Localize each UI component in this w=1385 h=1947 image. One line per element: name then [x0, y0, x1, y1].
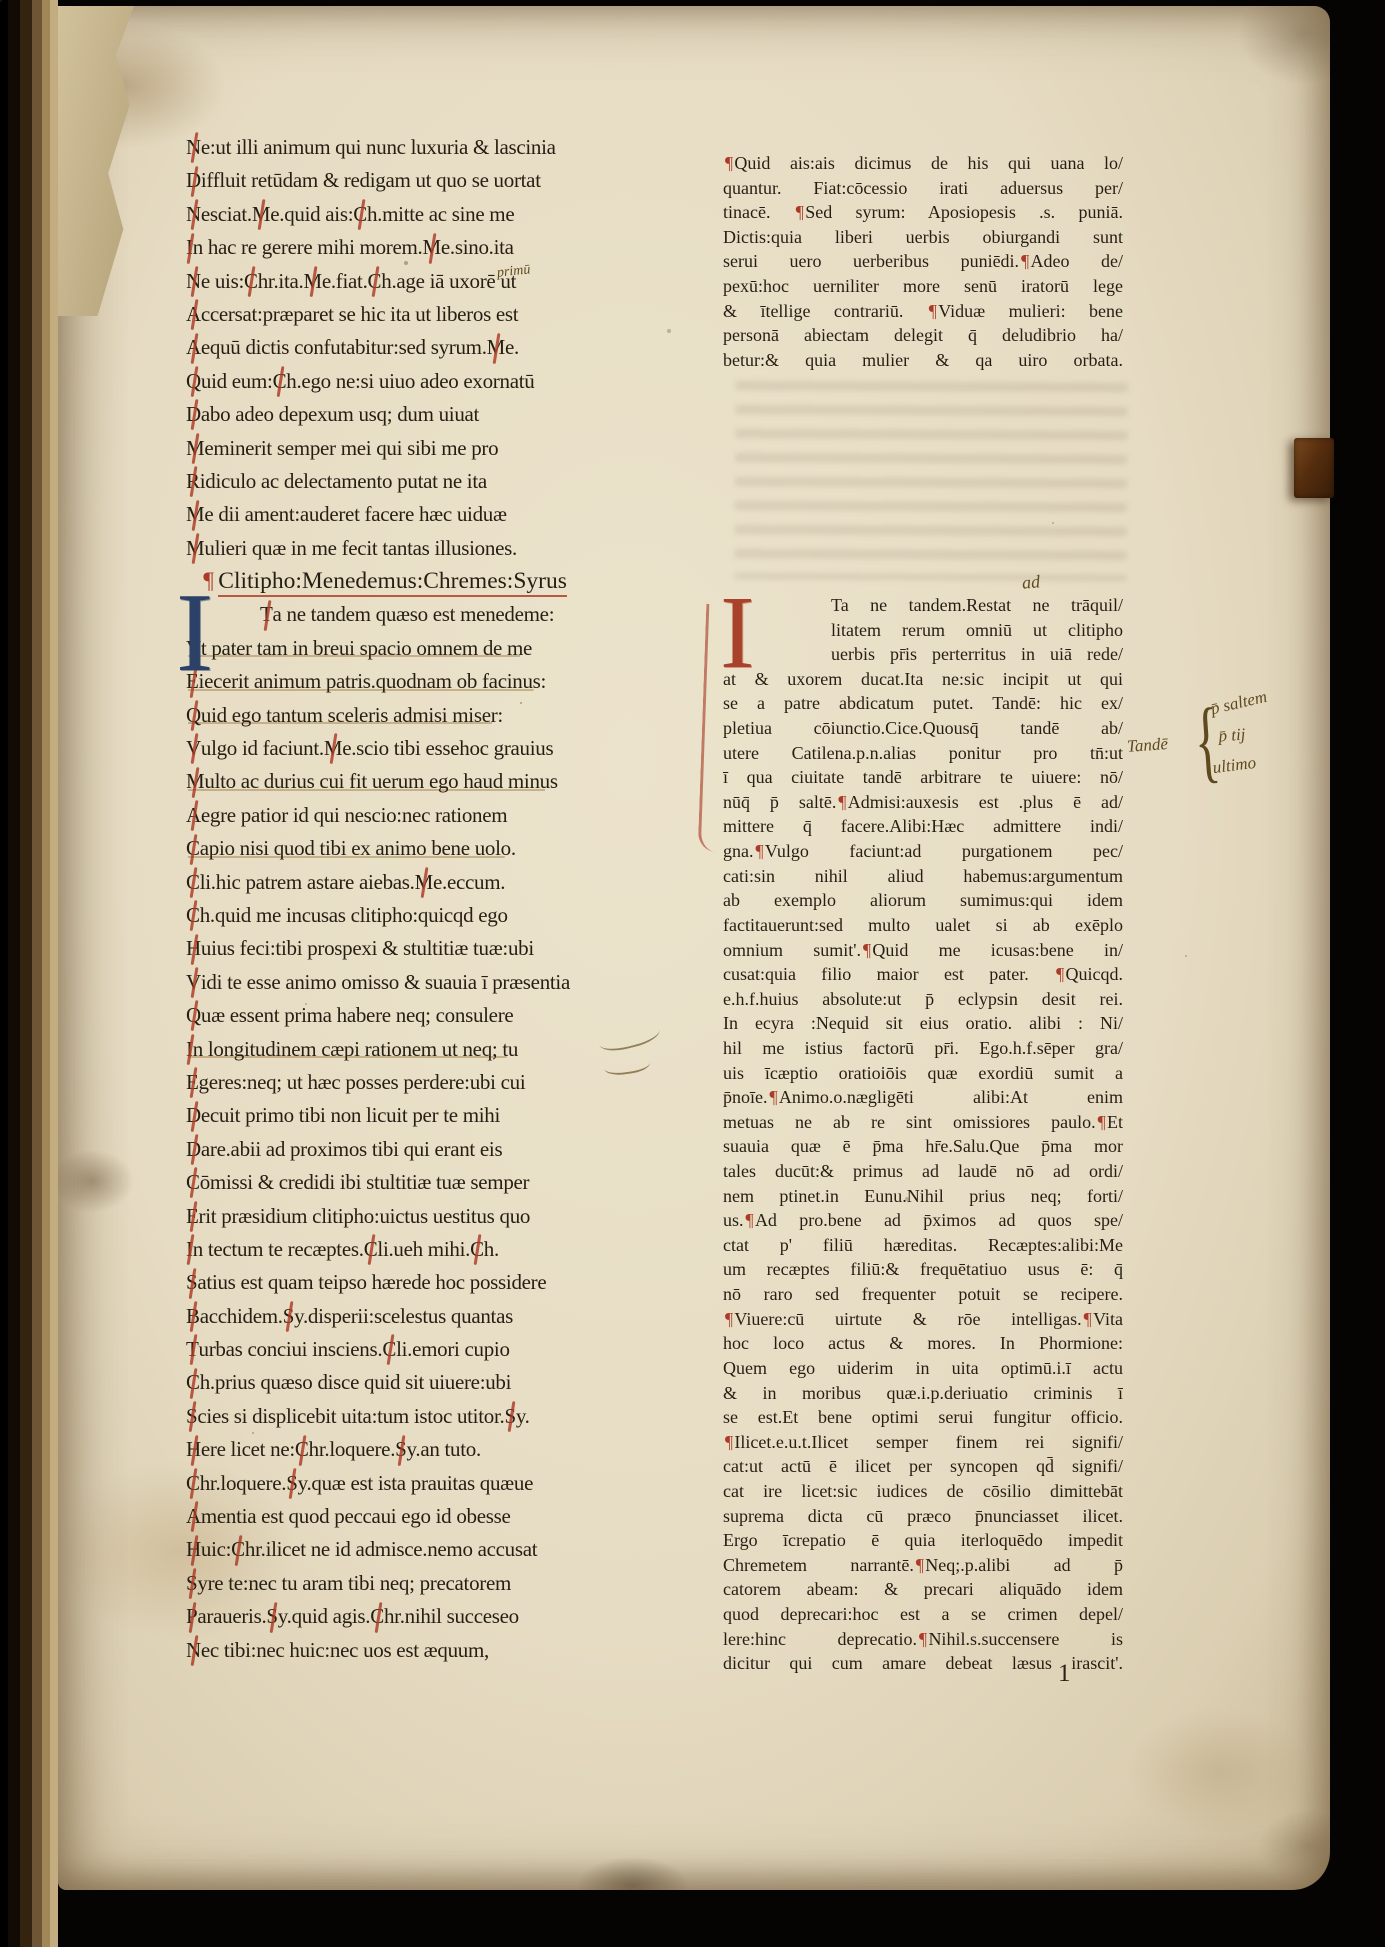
commentary-paragraph-2: Ta ne tandem.Restat ne trāquil/litatem r… — [723, 593, 1123, 1676]
commentary-line: ¶Quid ais:ais dicimus de his qui uana lo… — [723, 151, 1123, 176]
commentary-line: personā abiectam delegit q̄ deludibrio h… — [723, 323, 1123, 348]
verse-line: Syre te:nec tu aram tibi neq; precatorem — [186, 1567, 618, 1600]
verse-line: Turbas conciui insciens.Cli.emori cupio — [186, 1333, 618, 1366]
commentary-line: Ta ne tandem.Restat ne trāquil/ — [723, 593, 1123, 618]
commentary-line: Quem ego uiderim in uita optimū.i.ī actu — [723, 1356, 1123, 1381]
verse-line: Meminerit semper mei qui sibi me pro — [186, 432, 618, 465]
commentary-line: catorem abeam: & precari aliquādo idem — [723, 1577, 1123, 1602]
commentary-line: ctat p' filiū hæreditas. Recæptes:alibi:… — [723, 1233, 1123, 1258]
commentary-line: hil me istius factorū pr̄i. Ego.h.f.sēpe… — [723, 1036, 1123, 1061]
pilcrow-icon: ¶ — [754, 841, 765, 861]
ink-specks — [0, 0, 2, 2]
verse-line: Dabo adeo depexum usq; dum uiuat — [186, 398, 618, 431]
commentary-line: um recæptes filiū:& frequētatiuo usus ē:… — [723, 1257, 1123, 1282]
verse-line: Here licet ne:Chr.loquere.Sy.an tuto. — [186, 1433, 618, 1466]
lombard-initial-red: I — [720, 584, 755, 683]
verse-line: Aegre patior id qui nescio:nec rationem — [186, 799, 618, 832]
interlinear-correction: ad — [1021, 571, 1041, 593]
commentary-line: serui uero uerberibus puniēdi.¶Adeo de/ — [723, 249, 1123, 274]
commentary-line: gna.¶Vulgo faciunt:ad purgationem pec/ — [723, 839, 1123, 864]
verse-line: Quid eum:Ch.ego ne:si uiuo adeo exornatū — [186, 365, 618, 398]
verse-line: Decuit primo tibi non licuit per te mihi — [186, 1099, 618, 1132]
commentary-line: betur:& quia mulier & qa uiro orbata. — [723, 348, 1123, 373]
verse-line: Nesciat.Me.quid ais:Ch.mitte ac sine me — [186, 198, 618, 231]
verse-line: Huic:Chr.ilicet ne id admisce.nemo accus… — [186, 1533, 618, 1566]
commentary-line: cusat:quia filio maior est pater. ¶Quicq… — [723, 962, 1123, 987]
verse-line: Me dii ament:auderet facere hæc uiduæ — [186, 498, 618, 531]
pilcrow-icon: ¶ — [927, 301, 938, 321]
verse-line: In hac re gerere mihi morem.Me.sino.ita — [186, 231, 618, 264]
verse-line: Aequū dictis confutabitur:sed syrum.Me. — [186, 331, 618, 364]
commentary-line: se a patre abdicatum putet. Tandē: hic e… — [723, 691, 1123, 716]
commentary-line: tinacē. ¶Sed syrum: Aposiopesis .s. puni… — [723, 200, 1123, 225]
margin-note-item: ultimo — [1212, 753, 1258, 778]
verse-text-column: Ne:ut illi animum qui nunc luxuria & las… — [186, 131, 618, 1667]
verse-line: Erit præsidium clitipho:uictus uestitus … — [186, 1200, 618, 1233]
commentary-line: factitauerunt:sed multo ualet si ab exēp… — [723, 913, 1123, 938]
verse-line: Paraueris.Sy.quid agis.Chr.nihil succese… — [186, 1600, 618, 1633]
book-gutter-edges — [0, 0, 58, 1947]
commentary-line: nem ptinet.in Eunu.Nihil prius neq; fort… — [723, 1184, 1123, 1209]
verse-line: In longitudinem cæpi rationem ut neq; tu — [186, 1033, 618, 1066]
commentary-line: Dictis:quia liberi uerbis obiurgandi sun… — [723, 225, 1123, 250]
verse-line: Capio nisi quod tibi ex animo bene uolo. — [186, 832, 618, 865]
verse-line: Ta ne tandem quæso est menedeme: — [186, 598, 618, 631]
verse-line: In tectum te recæptes.Cli.ueh mihi.Ch. — [186, 1233, 618, 1266]
verse-line: Huius feci:tibi prospexi & stultitiæ tuæ… — [186, 932, 618, 965]
clasp-stain — [1294, 438, 1334, 498]
verse-line: Ne:ut illi animum qui nunc luxuria & las… — [186, 131, 618, 164]
commentary-line: uerbis pr̄is perterritus in uiā rede/ — [723, 642, 1123, 667]
verse-line: Quid ego tantum sceleris admisi miser: — [186, 699, 618, 732]
verse-line: Accersat:præparet se hic ita ut liberos … — [186, 298, 618, 331]
verse-line: Dare.abii ad proximos tibi qui erant eis — [186, 1133, 618, 1166]
commentary-line: cat ire licet:sic iudices de cōsilio dim… — [723, 1479, 1123, 1504]
verse-line: Chr.loquere.Sy.quæ est ista prauitas quæ… — [186, 1467, 618, 1500]
verse-line: Mulieri quæ in me fecit tantas illusione… — [186, 532, 618, 565]
commentary-line: suprema dicta cū præco p̄nunciasset ilic… — [723, 1504, 1123, 1529]
commentary-line: hoc loco actus & mores. In Phormione: — [723, 1331, 1123, 1356]
pilcrow-icon: ¶ — [917, 1629, 928, 1649]
pilcrow-icon: ¶ — [794, 202, 805, 222]
pilcrow-icon: ¶ — [723, 153, 734, 173]
pilcrow-icon: ¶ — [723, 1432, 734, 1452]
pilcrow-icon: ¶ — [861, 940, 872, 960]
pilcrow-icon: ¶ — [768, 1087, 779, 1107]
commentary-line: & ītellige contrariū. ¶Viduæ mulieri: be… — [723, 299, 1123, 324]
verse-line: Multo ac durius cui fit uerum ego haud m… — [186, 765, 618, 798]
scanned-book-photo: Ne:ut illi animum qui nunc luxuria & las… — [0, 0, 1385, 1947]
commentary-line: lere:hinc deprecatio.¶Nihil.s.succensere… — [723, 1627, 1123, 1652]
commentary-line: tales ducūt:& primus ad laudē nō ad ordi… — [723, 1159, 1123, 1184]
commentary-line: se est.Et bene optimi serui fungitur off… — [723, 1405, 1123, 1430]
pilcrow-icon: ¶ — [1096, 1112, 1107, 1132]
commentary-line: ¶Ilicet.e.u.t.Ilicet semper finem rei si… — [723, 1430, 1123, 1455]
verse-line: Vt pater tam in breui spacio omnem de me — [186, 632, 618, 665]
verso-show-through — [734, 381, 1127, 581]
commentary-line: utere Catilena.p.n.alias ponitur pro tn̄… — [723, 741, 1123, 766]
verse-line: Cōmissi & credidi ibi stultitiæ tuæ semp… — [186, 1166, 618, 1199]
pilcrow-icon: ¶ — [914, 1555, 925, 1575]
pilcrow-icon: ¶ — [836, 792, 847, 812]
commentary-line: In ecyra :Nequid sit eius oratio. alibi … — [723, 1011, 1123, 1036]
commentary-line: & in moribus quæ.i.p.deriuatio criminis … — [723, 1381, 1123, 1406]
commentary-line: ¶Viuere:cū uirtute & rōe intelligas.¶Vit… — [723, 1307, 1123, 1332]
verse-line: Satius est quam teipso hærede hoc possid… — [186, 1266, 618, 1299]
commentary-line: metuas ne ab re sint omissiores paulo.¶E… — [723, 1110, 1123, 1135]
commentary-line: suauia quæ ē p̄ma hr̄e.Salu.Que p̄ma mor — [723, 1134, 1123, 1159]
commentary-line: ī qua ciuitate tandē arbitrare te uiuere… — [723, 765, 1123, 790]
verse-line: Scies si displicebit uita:tum istoc utit… — [186, 1400, 618, 1433]
commentary-line: pexū:hoc uerniliter more senū iratorū le… — [723, 274, 1123, 299]
verse-line: Cli.hic patrem astare aiebas.Me.eccum. — [186, 866, 618, 899]
commentary-line: omnium sumit'.¶Quid me icusas:bene in/ — [723, 938, 1123, 963]
verse-line: Nec tibi:nec huic:nec uos est æquum, — [186, 1634, 618, 1667]
pilcrow-icon: ¶ — [1019, 251, 1030, 271]
verse-line: Ch.prius quæso disce quid sit uiuere:ubi — [186, 1366, 618, 1399]
commentary-line: mittere q̄ facere.Alibi:Hæc admittere in… — [723, 814, 1123, 839]
commentary-line: nō raro sed frequenter potuit se reciper… — [723, 1282, 1123, 1307]
margin-note-headword: Tandē — [1126, 734, 1168, 757]
commentary-line: e.h.f.huius absolute:ut p̄ eclypsin desi… — [723, 987, 1123, 1012]
verse-line: Vulgo id faciunt.Me.scio tibi essehoc gr… — [186, 732, 618, 765]
commentary-line: cati:sin nihil aliud habemus:argumentum — [723, 864, 1123, 889]
scene-heading: ¶Clitipho:Menedemus:Chremes:Syrus — [186, 565, 618, 598]
verse-line: Ridiculo ac delectamento putat ne ita — [186, 465, 618, 498]
commentary-line: nūq̄ p̄ saltē.¶Admisi:auxesis est .plus … — [723, 790, 1123, 815]
verse-line: Egeres:neq; ut hæc posses perdere:ubi cu… — [186, 1066, 618, 1099]
commentary-line: us.¶Ad pro.bene ad p̄ximos ad quos spe/ — [723, 1208, 1123, 1233]
pilcrow-icon: ¶ — [1082, 1309, 1093, 1329]
commentary-line: litatem rerum omniū ut clitipho — [723, 618, 1123, 643]
pilcrow-icon: ¶ — [744, 1210, 755, 1230]
verse-line: Ne uis:Chr.ita.Me.fiat.Ch.age iā uxorē u… — [186, 265, 618, 298]
commentary-line: at & uxorem ducat.Ita ne:sic incipit ut … — [723, 667, 1123, 692]
commentary-line: pletiua cōiunctio.Cice.Quousq̄ tandē ab/ — [723, 716, 1123, 741]
verse-line: Quæ essent prima habere neq; consulere — [186, 999, 618, 1032]
verse-line: Diffluit retūdam & redigam ut quo se uor… — [186, 164, 618, 197]
margin-note-item: p̄ tij — [1218, 725, 1246, 747]
commentary-line: uis īcæptio oratioiōis quæ exordiū sumit… — [723, 1061, 1123, 1086]
folio-number: 1 — [1058, 1660, 1071, 1688]
verse-line: Amentia est quod peccaui ego id obesse — [186, 1500, 618, 1533]
commentary-line: quantur. Fiat:cōcessio irati aduersus pe… — [723, 176, 1123, 201]
verse-line: Eiecerit animum patris.quodnam ob facinu… — [186, 665, 618, 698]
scene-heading-text: Clitipho:Menedemus:Chremes:Syrus — [218, 568, 567, 597]
commentary-line: ab exemplo aliorum sumimus:qui idem — [723, 888, 1123, 913]
commentary-paragraph-1: ¶Quid ais:ais dicimus de his qui uana lo… — [723, 151, 1123, 372]
verse-line: Vidi te esse animo omisso & suauia ī præ… — [186, 966, 618, 999]
commentary-line: Chremetem narrantē.¶Neq;.p.alibi ad p̄ — [723, 1553, 1123, 1578]
verse-line: Bacchidem.Sy.disperii:scelestus quantas — [186, 1300, 618, 1333]
commentary-line: quod deprecari:hoc est a se crimen depel… — [723, 1602, 1123, 1627]
verse-line: Ch.quid me incusas clitipho:quicqd ego — [186, 899, 618, 932]
commentary-line: cat:ut actū ē ilicet per syncopen qd̄ si… — [723, 1454, 1123, 1479]
pilcrow-icon: ¶ — [1054, 964, 1065, 984]
commentary-line: Ergo īcrepatio ē quia iterloquēdo impedi… — [723, 1528, 1123, 1553]
handwritten-margin-note: Tandē { p̄ saltem p̄ tij ultimo — [1124, 687, 1385, 824]
lombard-initial-blue: I — [176, 580, 213, 686]
commentary-line: p̄noīe.¶Animo.o.nægligēti alibi:At enim — [723, 1085, 1123, 1110]
pilcrow-icon: ¶ — [723, 1309, 734, 1329]
